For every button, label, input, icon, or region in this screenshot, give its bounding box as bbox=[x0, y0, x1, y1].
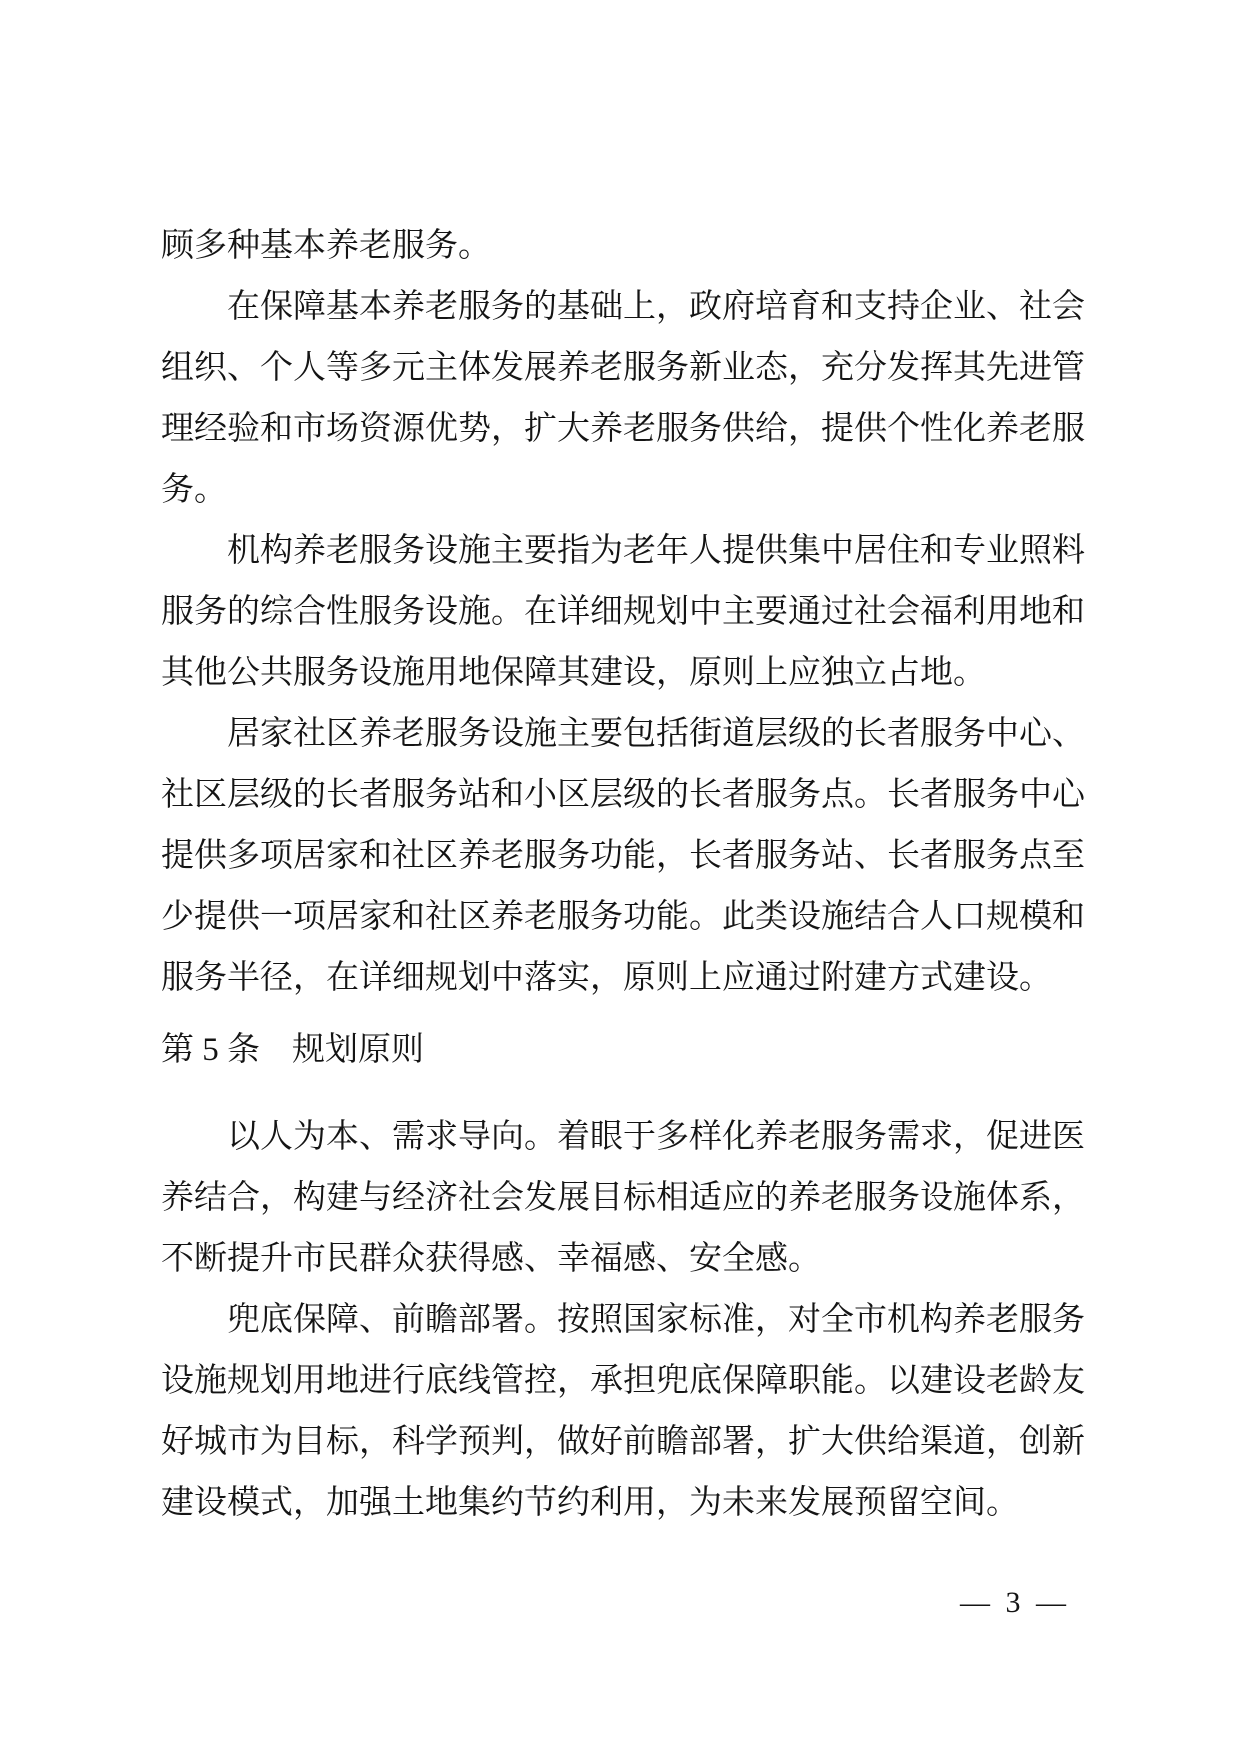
article-heading: 第 5 条规划原则 bbox=[161, 1020, 1085, 1081]
article-title: 规划原则 bbox=[292, 1032, 424, 1068]
article-number: 第 5 条 bbox=[161, 1032, 260, 1068]
paragraph: 在保障基本养老服务的基础上，政府培育和支持企业、社会组织、个人等多元主体发展养老… bbox=[161, 277, 1085, 521]
paragraph: 居家社区养老服务设施主要包括街道层级的长者服务中心、社区层级的长者服务站和小区层… bbox=[161, 704, 1085, 1009]
page-footer: — 3 — bbox=[960, 1586, 1070, 1620]
paragraph: 以人为本、需求导向。着眼于多样化养老服务需求，促进医养结合，构建与经济社会发展目… bbox=[161, 1107, 1085, 1290]
paragraph: 机构养老服务设施主要指为老年人提供集中居住和专业照料服务的综合性服务设施。在详细… bbox=[161, 521, 1085, 704]
page-number: — 3 — bbox=[960, 1586, 1070, 1619]
document-content: 顾多种基本养老服务。 在保障基本养老服务的基础上，政府培育和支持企业、社会组织、… bbox=[161, 216, 1085, 1534]
paragraph: 兜底保障、前瞻部署。按照国家标准，对全市机构养老服务设施规划用地进行底线管控，承… bbox=[161, 1290, 1085, 1534]
paragraph-continued: 顾多种基本养老服务。 bbox=[161, 216, 1085, 277]
document-page: 顾多种基本养老服务。 在保障基本养老服务的基础上，政府培育和支持企业、社会组织、… bbox=[0, 0, 1241, 1754]
